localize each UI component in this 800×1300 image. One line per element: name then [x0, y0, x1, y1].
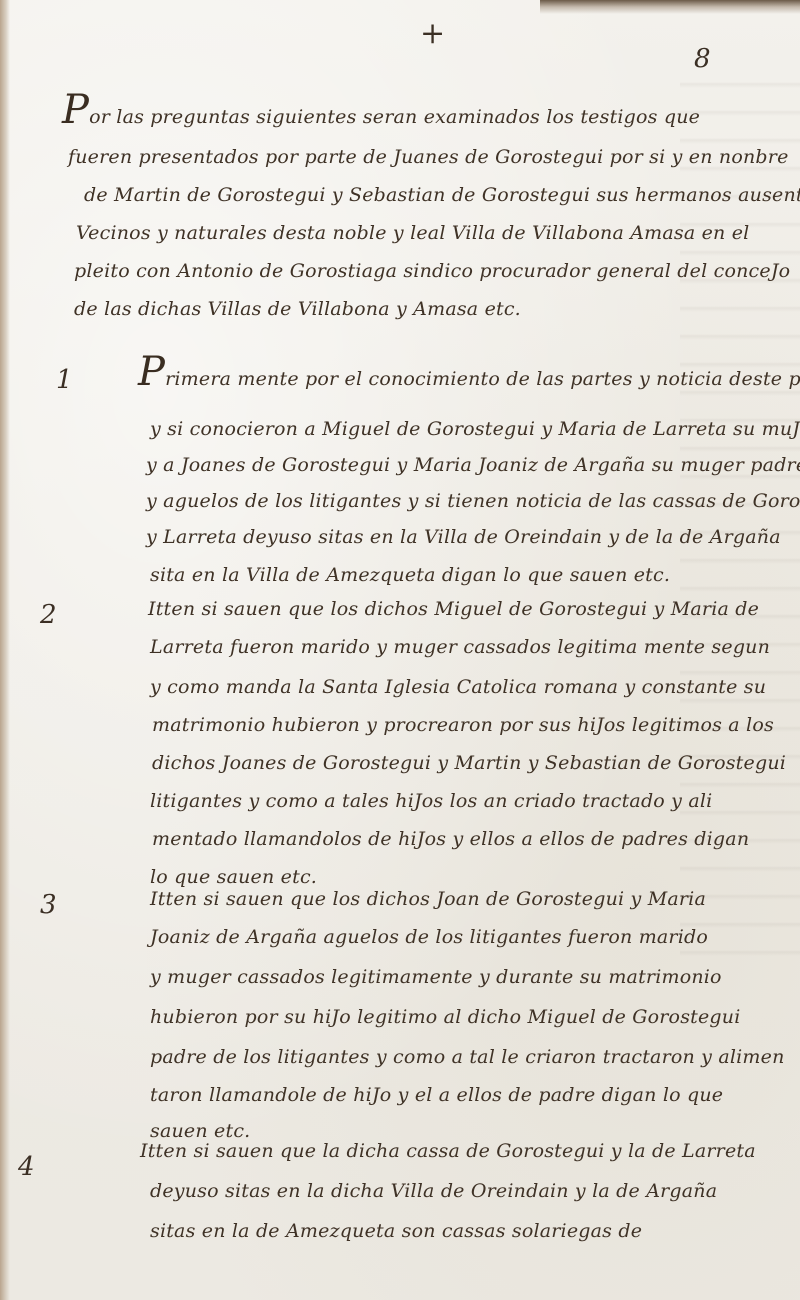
paper-edge-left — [0, 0, 10, 1300]
question-1-line-3: y a Joanes de Gorostegui y Maria Joaniz … — [146, 454, 800, 476]
question-2-line-2: Larreta fueron marido y muger cassados l… — [150, 636, 770, 658]
preamble-line-1: Por las preguntas siguientes seran exami… — [62, 90, 700, 130]
question-3-line-6: taron llamandole de hiJo y el a ellos de… — [150, 1084, 723, 1106]
question-2-line-8: lo que sauen etc. — [150, 866, 317, 888]
question-4-line-1: Itten si sauen que la dicha cassa de Gor… — [140, 1140, 756, 1162]
question-number-1: 1 — [56, 365, 73, 395]
preamble-text: or las preguntas siguientes seran examin… — [89, 106, 700, 128]
paper-edge-top-shadow — [540, 0, 800, 14]
question-1-line-4: y aguelos de los litigantes y si tienen … — [146, 490, 800, 512]
decorated-initial: P — [138, 349, 165, 395]
question-1-line-5: y Larreta deyuso sitas en la Villa de Or… — [146, 526, 781, 548]
question-4-line-3: sitas en la de Amezqueta son cassas sola… — [150, 1220, 642, 1242]
question-3-line-2: Joaniz de Argaña aguelos de los litigant… — [150, 926, 708, 948]
question-3-line-4: hubieron por su hiJo legitimo al dicho M… — [150, 1006, 741, 1028]
question-1-line-2: y si conocieron a Miguel de Gorostegui y… — [150, 418, 800, 440]
preamble-line-5: pleito con Antonio de Gorostiaga sindico… — [74, 260, 790, 282]
preamble-line-4: Vecinos y naturales desta noble y leal V… — [76, 222, 749, 244]
question-number-2: 2 — [40, 600, 57, 630]
manuscript-page: + 8 Por las preguntas siguientes seran e… — [0, 0, 800, 1300]
question-text: rimera mente por el conocimiento de las … — [165, 368, 800, 390]
preamble-line-6: de las dichas Villas de Villabona y Amas… — [74, 298, 521, 320]
question-3-line-1: Itten si sauen que los dichos Joan de Go… — [150, 888, 706, 910]
cross-mark: + — [420, 16, 445, 51]
question-3-line-5: padre de los litigantes y como a tal le … — [150, 1046, 785, 1068]
folio-number: 8 — [694, 44, 711, 74]
question-2-line-7: mentado llamandolos de hiJos y ellos a e… — [152, 828, 749, 850]
question-2-line-1: Itten si sauen que los dichos Miguel de … — [148, 598, 759, 620]
preamble-line-3: de Martin de Gorostegui y Sebastian de G… — [84, 184, 800, 206]
decorated-initial: P — [62, 87, 89, 133]
preamble-line-2: fueren presentados por parte de Juanes d… — [68, 146, 789, 168]
question-number-3: 3 — [40, 890, 57, 920]
question-number-4: 4 — [18, 1152, 35, 1182]
question-2-line-4: matrimonio hubieron y procrearon por sus… — [152, 714, 774, 736]
question-1-line-1: Primera mente por el conocimiento de las… — [138, 352, 800, 392]
question-2-line-6: litigantes y como a tales hiJos los an c… — [150, 790, 712, 812]
question-3-line-7: sauen etc. — [150, 1120, 250, 1142]
question-3-line-3: y muger cassados legitimamente y durante… — [150, 966, 722, 988]
question-2-line-5: dichos Joanes de Gorostegui y Martin y S… — [152, 752, 786, 774]
question-1-line-6: sita en la Villa de Amezqueta digan lo q… — [150, 564, 670, 586]
question-4-line-2: deyuso sitas en la dicha Villa de Oreind… — [150, 1180, 717, 1202]
question-2-line-3: y como manda la Santa Iglesia Catolica r… — [150, 676, 766, 698]
